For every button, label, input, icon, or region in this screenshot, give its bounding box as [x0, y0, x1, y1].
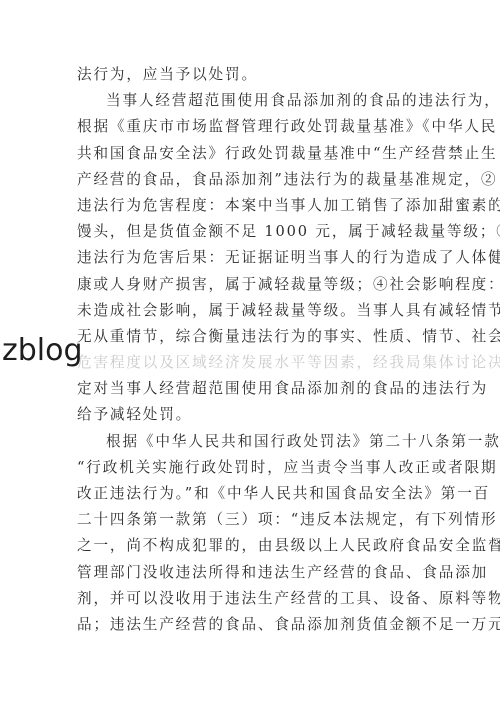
text-line: 馒头，但是货值金额不足 1000 元，属于减轻裁量等级；③	[77, 219, 429, 245]
text-line: 定对当事人经营超范围使用食品添加剂的食品的违法行为	[77, 376, 429, 402]
text-line: 法行为，应当予以处罚。	[77, 62, 429, 88]
text-line: “行政机关实施行政处罚时，应当责令当事人改正或者限期	[77, 455, 429, 481]
document-page: 法行为，应当予以处罚。 当事人经营超范围使用食品添加剂的食品的违法行为， 根据《…	[0, 0, 500, 708]
text-line: 康或人身财产损害，属于减轻裁量等级；④社会影响程度：	[77, 272, 429, 298]
text-line: 品；违法生产经营的食品、食品添加剂货值金额不足一万元	[77, 612, 429, 638]
faded-text-line: 危害程度以及区域经济发展水平等因素，经我局集体讨论决	[77, 350, 429, 376]
document-body: 法行为，应当予以处罚。 当事人经营超范围使用食品添加剂的食品的违法行为， 根据《…	[77, 62, 429, 638]
text-line: 违法行为危害后果：无证据证明当事人的行为造成了人体健	[77, 245, 429, 271]
text-line: 根据《重庆市市场监督管理行政处罚裁量基准》《中华人民	[77, 114, 429, 140]
text-line: 二十四条第一款第（三）项：“违反本法规定，有下列情形	[77, 507, 429, 533]
text-line: 改正违法行为。”和《中华人民共和国食品安全法》第一百	[77, 481, 429, 507]
text-line: 违法行为危害程度：本案中当事人加工销售了添加甜蜜素的	[77, 193, 429, 219]
watermark-logo: zblog	[2, 331, 83, 371]
text-line: 无从重情节，综合衡量违法行为的事实、性质、情节、社会	[77, 324, 429, 350]
text-line: 之一，尚不构成犯罪的，由县级以上人民政府食品安全监督	[77, 533, 429, 559]
text-line: 产经营的食品，食品添加剂”违法行为的裁量基准规定，②	[77, 167, 429, 193]
text-line: 未造成社会影响，属于减轻裁量等级。当事人具有减轻情节，	[77, 298, 429, 324]
text-line: 剂，并可以没收用于违法生产经营的工具、设备、原料等物	[77, 586, 429, 612]
paragraph-start-line: 根据《中华人民共和国行政处罚法》第二十八条第一款：	[77, 429, 429, 455]
paragraph-start-line: 当事人经营超范围使用食品添加剂的食品的违法行为，	[77, 88, 429, 114]
text-line: 给予减轻处罚。	[77, 402, 429, 428]
text-line: 管理部门没收违法所得和违法生产经营的食品、食品添加	[77, 560, 429, 586]
text-line: 共和国食品安全法》行政处罚裁量基准中“生产经营禁止生	[77, 141, 429, 167]
